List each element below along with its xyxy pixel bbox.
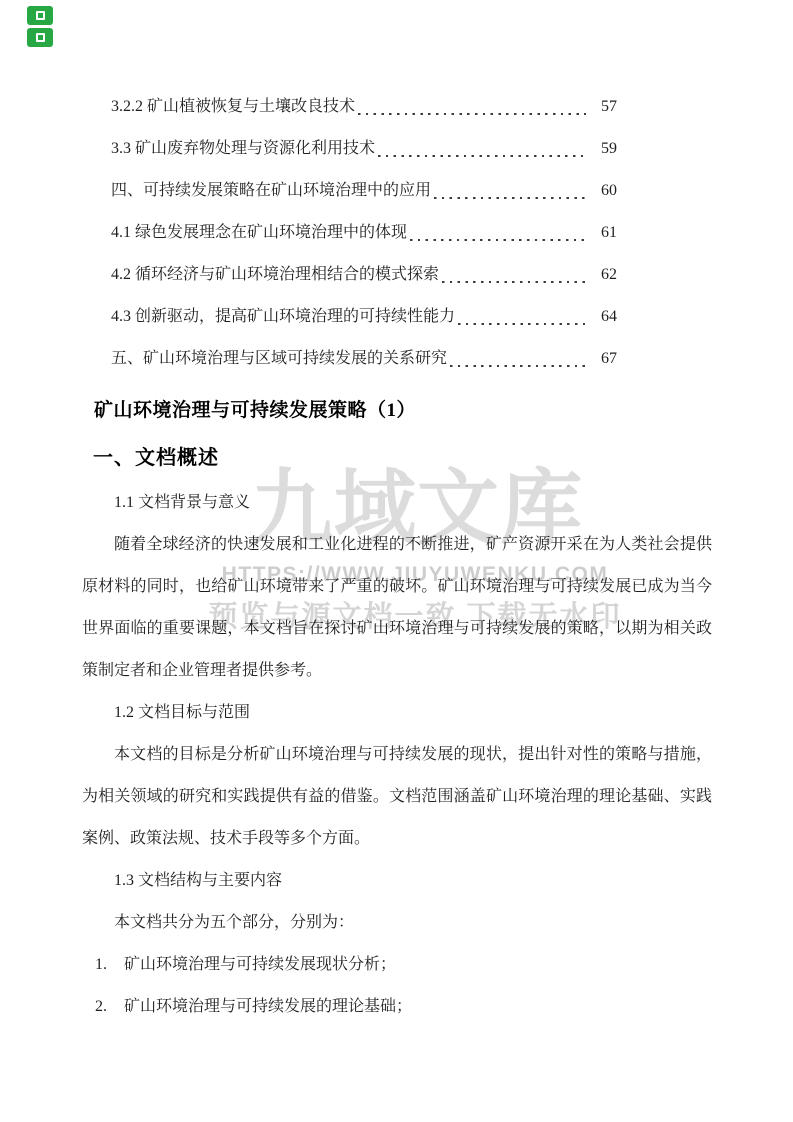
- paragraph-structure-intro: 本文档共分为五个部分，分别为：: [82, 902, 712, 944]
- badge-square-icon: [36, 11, 45, 20]
- toc-page-number: 59: [591, 128, 617, 170]
- badge-square-icon: [36, 33, 45, 42]
- toc-dot-leader: [450, 338, 586, 380]
- toc-entry-label: 四、可持续发展策略在矿山环境治理中的应用: [111, 170, 431, 212]
- toc-entry-label: 3.3 矿山废弃物处理与资源化利用技术: [111, 128, 375, 170]
- toc-dot-leader: [458, 296, 586, 338]
- toc-entry-label: 五、矿山环境治理与区域可持续发展的关系研究: [111, 338, 447, 380]
- green-badge-bottom[interactable]: [27, 28, 53, 47]
- toc-page-number: 61: [591, 212, 617, 254]
- toc-dot-leader: [378, 128, 586, 170]
- list-item: 2.矿山环境治理与可持续发展的理论基础；: [82, 986, 712, 1028]
- list-item-number: 2.: [95, 998, 107, 1015]
- green-badge-top[interactable]: [27, 6, 53, 25]
- list-item-text: 矿山环境治理与可持续发展现状分析；: [124, 956, 396, 973]
- toc-entry-label: 4.3 创新驱动，提高矿山环境治理的可持续性能力: [111, 296, 455, 338]
- toc-entry: 4.2 循环经济与矿山环境治理相结合的模式探索 62: [111, 254, 617, 296]
- subsection-heading-1-2: 1.2 文档目标与范围: [82, 692, 712, 734]
- document-title: 矿山环境治理与可持续发展策略（1）: [94, 395, 416, 422]
- toc-dot-leader: [434, 170, 586, 212]
- table-of-contents: 3.2.2 矿山植被恢复与土壤改良技术 57 3.3 矿山废弃物处理与资源化利用…: [111, 86, 617, 380]
- toc-entry-label: 4.1 绿色发展理念在矿山环境治理中的体现: [111, 212, 407, 254]
- toc-entry-label: 4.2 循环经济与矿山环境治理相结合的模式探索: [111, 254, 439, 296]
- toc-entry: 4.1 绿色发展理念在矿山环境治理中的体现 61: [111, 212, 617, 254]
- toc-page-number: 57: [591, 86, 617, 128]
- document-page: 九域文库 HTTPS://WWW.JIUYUWENKU.COM 预览与源文档一致…: [0, 0, 793, 1122]
- list-item: 1.矿山环境治理与可持续发展现状分析；: [82, 944, 712, 986]
- toc-dot-leader: [358, 86, 586, 128]
- toc-entry: 四、可持续发展策略在矿山环境治理中的应用 60: [111, 170, 617, 212]
- toc-page-number: 62: [591, 254, 617, 296]
- document-body: 1.1 文档背景与意义 随着全球经济的快速发展和工业化进程的不断推进，矿产资源开…: [82, 482, 712, 1028]
- toc-page-number: 67: [591, 338, 617, 380]
- toc-entry: 3.3 矿山废弃物处理与资源化利用技术 59: [111, 128, 617, 170]
- section-heading: 一、文档概述: [93, 441, 219, 470]
- floating-badges: [27, 6, 53, 50]
- toc-page-number: 60: [591, 170, 617, 212]
- toc-page-number: 64: [591, 296, 617, 338]
- toc-entry: 3.2.2 矿山植被恢复与土壤改良技术 57: [111, 86, 617, 128]
- paragraph-background: 随着全球经济的快速发展和工业化进程的不断推进，矿产资源开采在为人类社会提供原材料…: [82, 524, 712, 692]
- paragraph-goals: 本文档的目标是分析矿山环境治理与可持续发展的现状，提出针对性的策略与措施，为相关…: [82, 734, 712, 860]
- toc-dot-leader: [442, 254, 586, 296]
- list-item-text: 矿山环境治理与可持续发展的理论基础；: [124, 998, 412, 1015]
- toc-entry: 4.3 创新驱动，提高矿山环境治理的可持续性能力 64: [111, 296, 617, 338]
- document-content: 3.2.2 矿山植被恢复与土壤改良技术 57 3.3 矿山废弃物处理与资源化利用…: [0, 0, 793, 1122]
- subsection-heading-1-3: 1.3 文档结构与主要内容: [82, 860, 712, 902]
- subsection-heading-1-1: 1.1 文档背景与意义: [82, 482, 712, 524]
- toc-dot-leader: [410, 212, 586, 254]
- toc-entry: 五、矿山环境治理与区域可持续发展的关系研究 67: [111, 338, 617, 380]
- toc-entry-label: 3.2.2 矿山植被恢复与土壤改良技术: [111, 86, 355, 128]
- list-item-number: 1.: [95, 956, 107, 973]
